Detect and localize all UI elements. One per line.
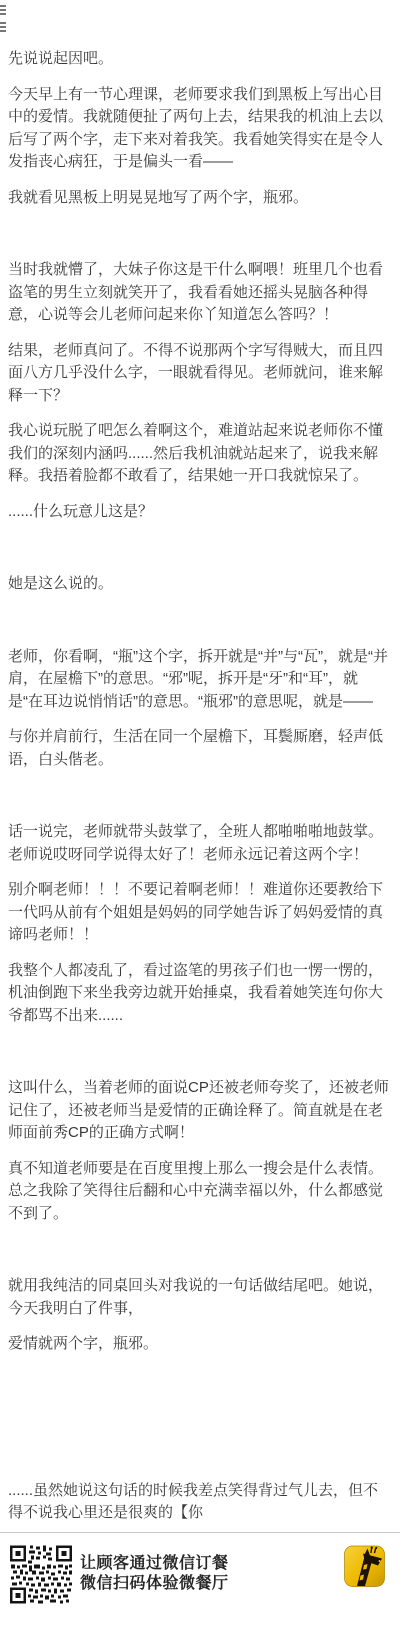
promo-footer: 让顾客通过微信订餐 微信扫码体验微餐厅 [0,1533,400,1625]
article-paragraph: 结果，老师真问了。不得不说那两个字写得贼大，而且四面八方几乎没什么字，一眼就看得… [8,340,392,408]
article-paragraph: 老师，你看啊，“瓶”这个字，拆开就是“并”与“瓦”，就是“并肩，在屋檐下”的意思… [8,646,392,714]
article-paragraph: 爱情就两个字，瓶邪。 [8,1333,392,1356]
promo-line-2: 微信扫码体验微餐厅 [80,1574,229,1594]
article-page: 先说说起因吧。今天早上有一节心理课，老师要求我们到黑板上写出心目中的爱情。我就随… [0,0,400,1648]
promo-line-1: 让顾客通过微信订餐 [80,1554,229,1574]
article-paragraph: 先说说起因吧。 [8,48,392,71]
article-paragraph: 与你并肩前行，生活在同一个屋檐下，耳鬓厮磨，轻声低语，白头偕老。 [8,726,392,771]
article-paragraph: 话一说完，老师就带头鼓掌了，全班人都啪啪啪地鼓掌。老师说哎呀同学说得太好了！老师… [8,821,392,866]
article-paragraph: 她是这么说的。 [8,573,392,596]
article-paragraph: 就用我纯洁的同桌回头对我说的一句话做结尾吧。她说，今天我明白了件事， [8,1275,392,1320]
giraffe-logo-icon [344,1545,385,1588]
article-paragraph: 真不知道老师要是在百度里搜上那么一搜会是什么表情。总之我除了笑得往后翻和心中充满… [8,1158,392,1226]
article-paragraph: 这叫什么，当着老师的面说CP还被老师夸奖了，还被老师记住了，还被老师当是爱情的正… [8,1077,392,1145]
article-paragraph: 我就看见黑板上明晃晃地写了两个字，瓶邪。 [8,187,392,210]
clipped-text-fragment [0,22,6,34]
clipped-text-fragment [0,5,6,15]
article-paragraph: 当时我就懵了，大妹子你这是干什么啊喂！班里几个也看盗笔的男生立刻就笑开了，我看看… [8,259,392,327]
article-paragraph: 我整个人都凌乱了，看过盗笔的男孩子们也一愣一愣的，机油倒跑下来坐我旁边就开始捶桌… [8,960,392,1028]
article-paragraph: ......什么玩意儿这是？ [8,501,392,524]
qr-code-icon [10,1545,72,1604]
article-body: 先说说起因吧。今天早上有一节心理课，老师要求我们到黑板上写出心目中的爱情。我就随… [0,0,400,1525]
article-paragraph: 今天早上有一节心理课，老师要求我们到黑板上写出心目中的爱情。我就随便扯了两句上去… [8,84,392,174]
article-paragraph: ......虽然她说这句话的时候我差点笑得背过气儿去，但不得不说我心里还是很爽的… [8,1480,392,1525]
promo-text: 让顾客通过微信订餐 微信扫码体验微餐厅 [80,1554,229,1594]
article-paragraph: 我心说玩脱了吧怎么着啊这个，难道站起来说老师你不懂我们的深刻内涵吗......然… [8,420,392,488]
article-paragraph: 别介啊老师！！！不要记着啊老师！！难道你还要教给下一代吗从前有个姐姐是妈妈的同学… [8,879,392,947]
